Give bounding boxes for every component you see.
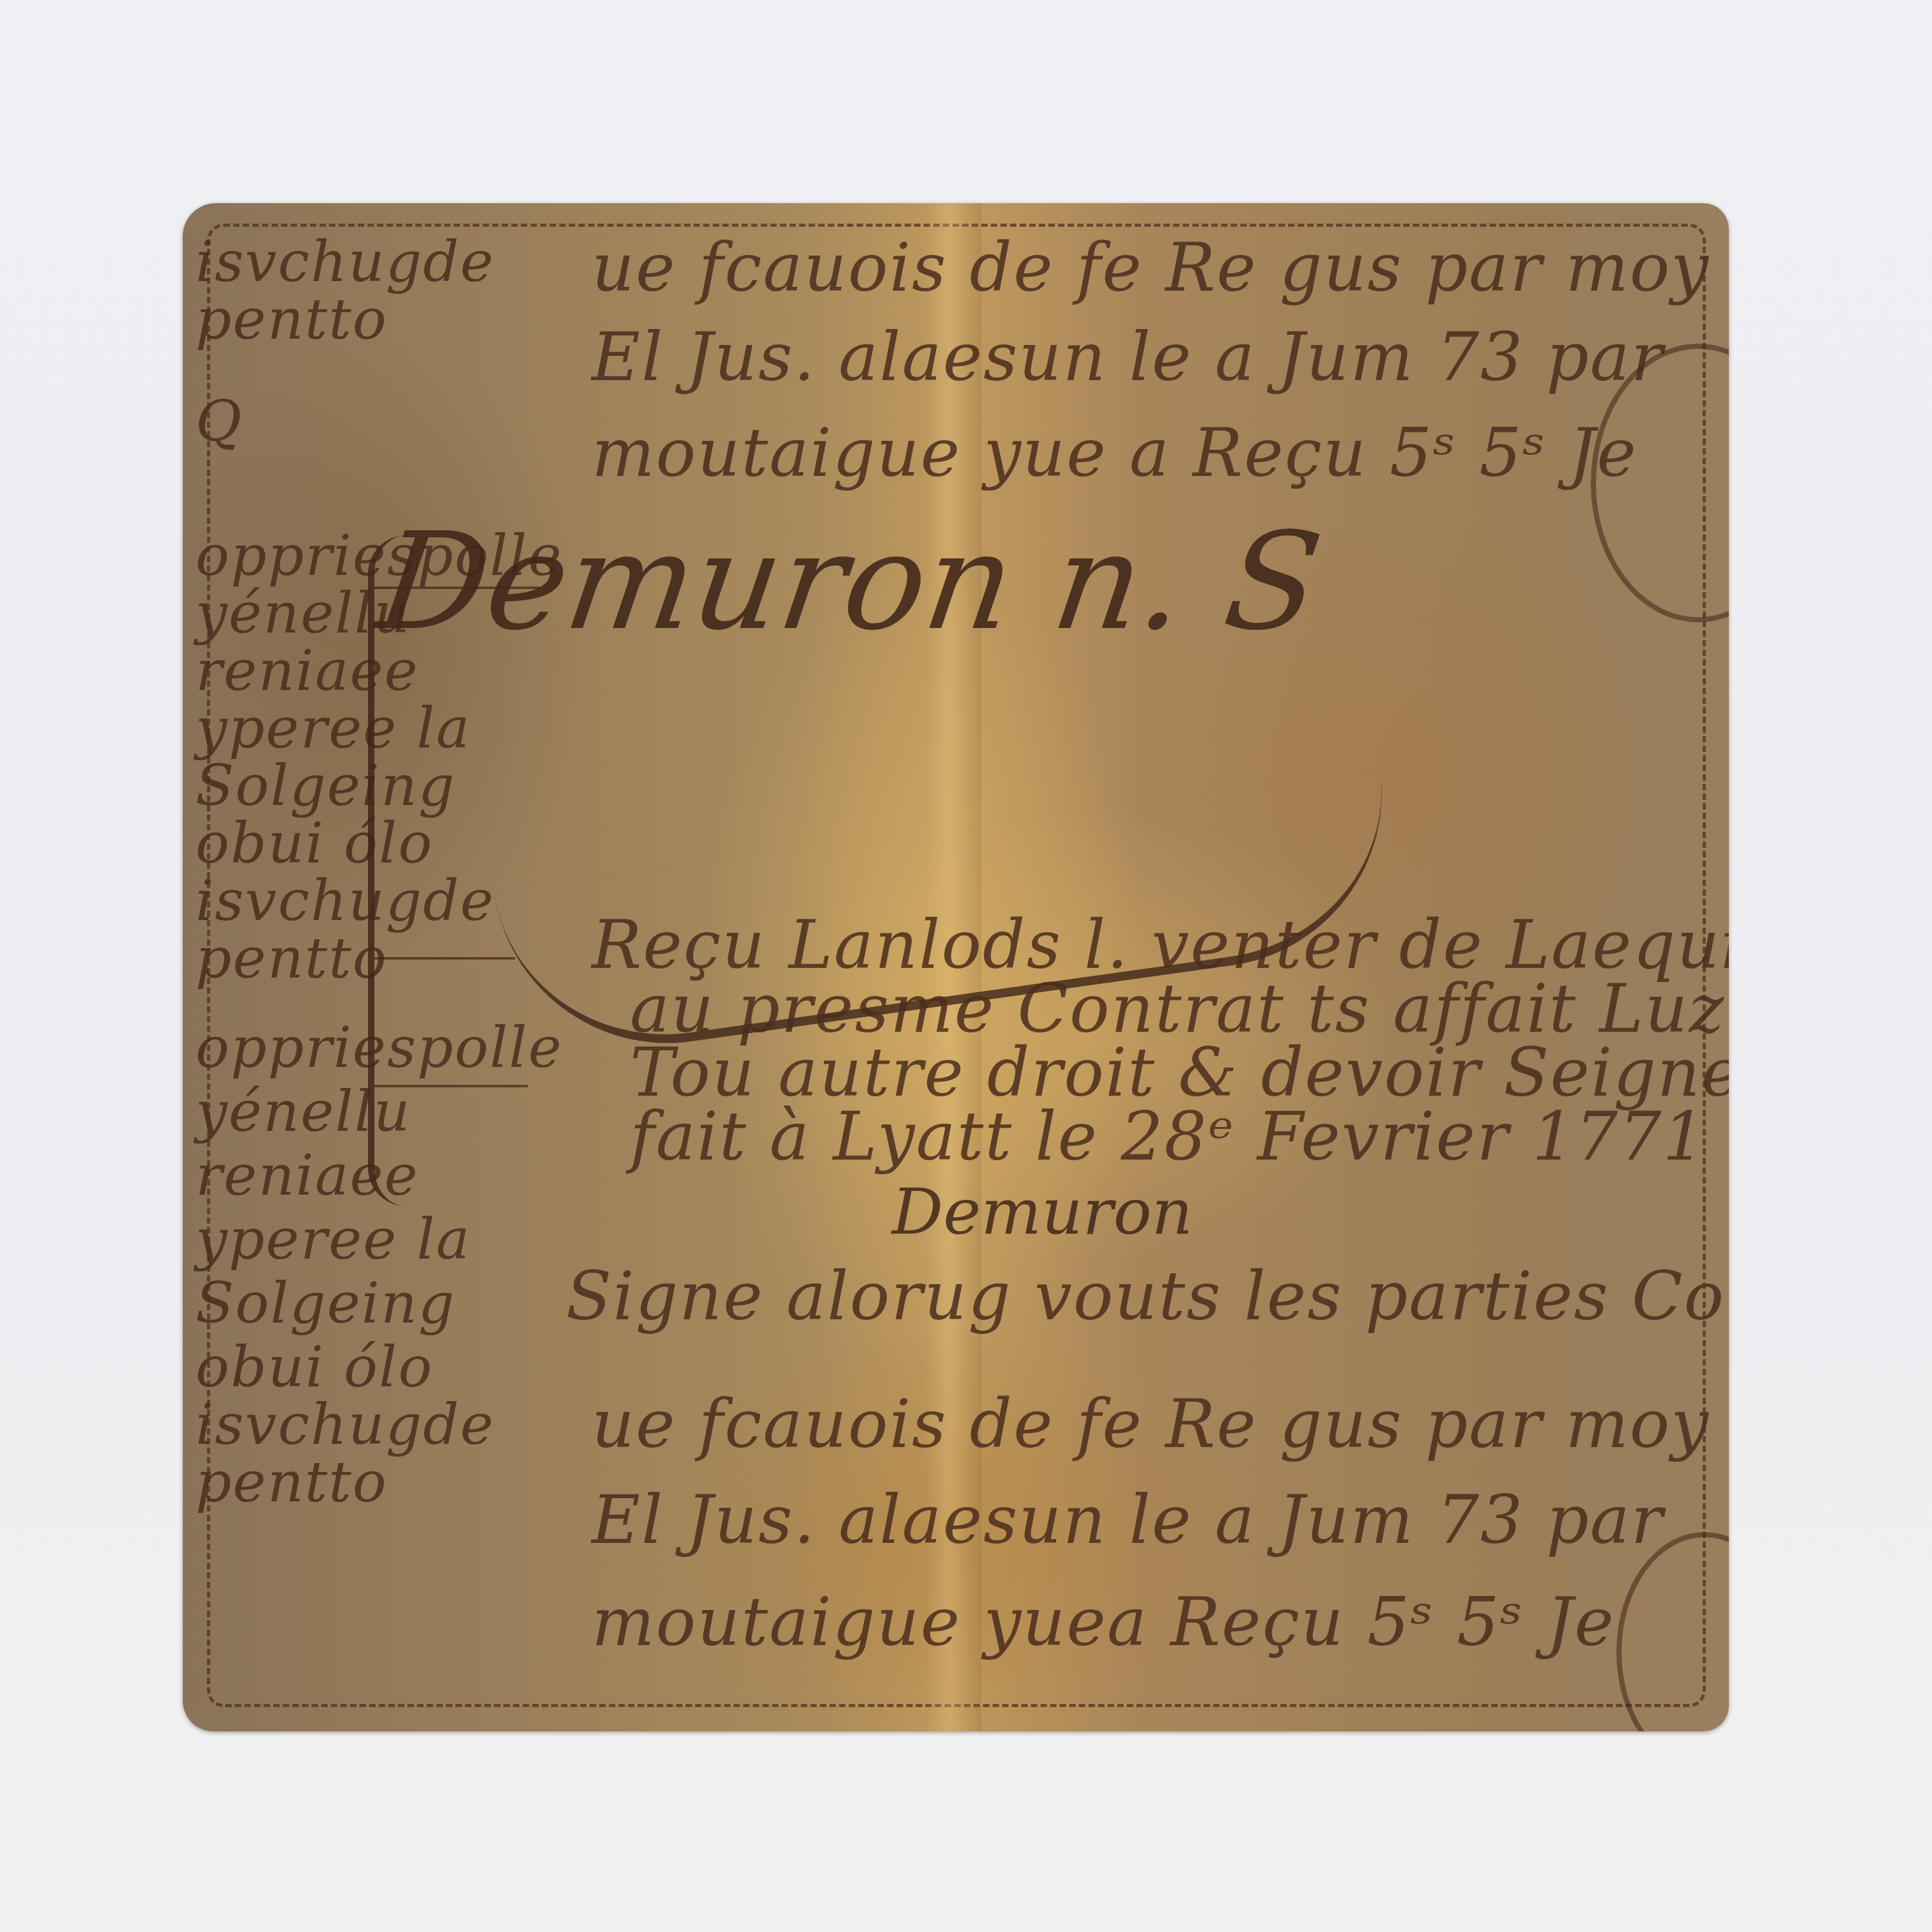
left-script-line: yperee la [195,1206,471,1272]
left-script-line: obui ólo [195,1334,433,1400]
left-script-line: Q [195,388,243,454]
large-signature: Demuron n. S [370,503,1330,660]
script-line: moutaigue yuea Reçu 5ˢ 5ˢ Je [592,1583,1615,1661]
script-line: El Jus. alaesun le a Jum 73 par [592,1481,1664,1559]
left-script-line: pentto [195,286,388,352]
script-line: El Jus. alaesun le a Jum 73 par [592,318,1664,396]
script-line: moutaigue yue a Reçu 5ˢ 5ˢ Je [592,414,1637,492]
script-line: Signe alorug vouts les parties Coutrac [566,1257,1729,1335]
small-signature: Demuron [892,1174,1193,1249]
left-script-line: Solgeing [195,1270,456,1336]
script-line: ue fcauois de fe Re gus par moy Long [592,229,1729,307]
wax-seal-bottom-icon [1616,1532,1729,1731]
left-script-line: pentto [195,925,388,991]
script-line: ue fcauois de fe Re gus par moy Lough [592,1385,1729,1463]
left-script-line: pentto [195,1449,388,1515]
leather-wallet: isvchugde pentto Q oppriespolle yénellu … [183,203,1729,1731]
script-line: fait à Lyatt le 28ᵉ Fevrier 1771 [630,1098,1706,1176]
left-script-line: isvchugde [195,229,494,295]
left-script-line: isvchugde [195,1391,494,1457]
